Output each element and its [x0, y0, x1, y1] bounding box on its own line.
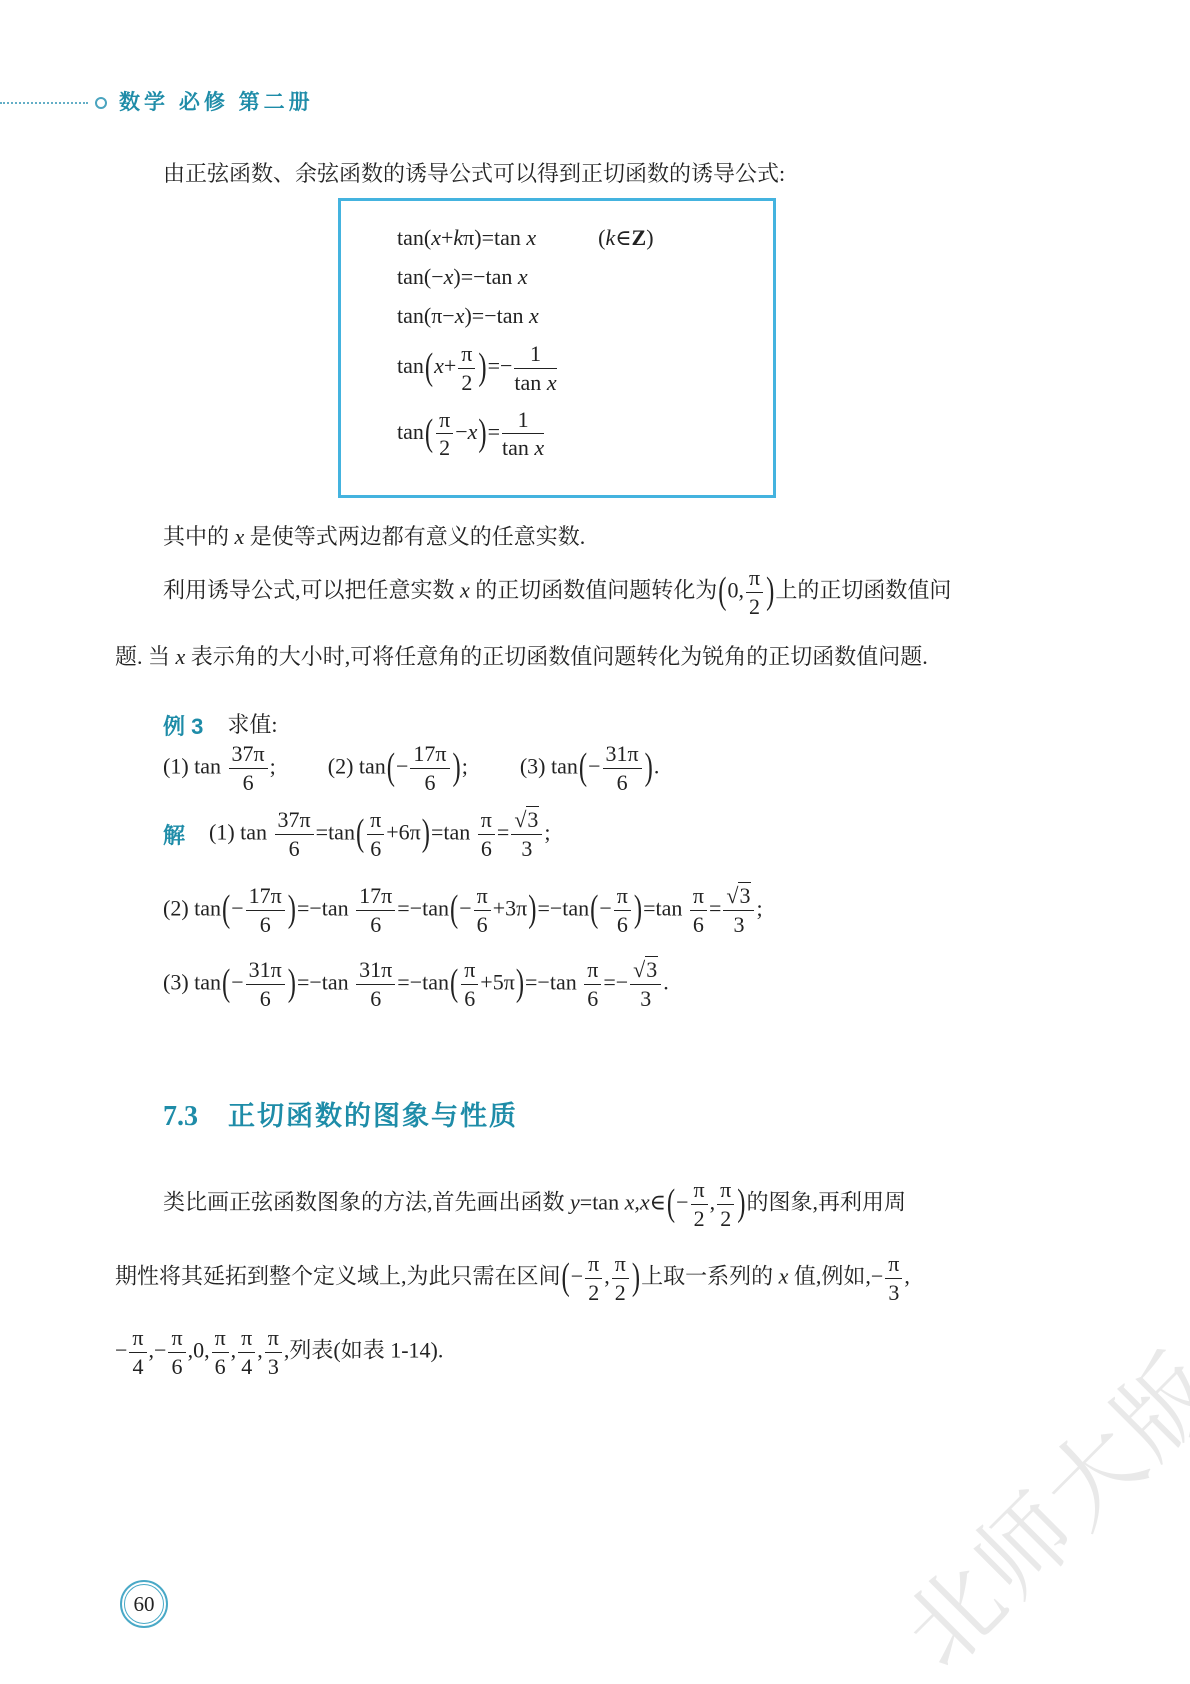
formula-box: tan(x+kπ)=tan x(k∈Z) tan(−x)=−tan x tan(…	[338, 198, 776, 498]
usage-paragraph-line: 题. 当 x 表示角的大小时,可将任意角的正切函数值问题转化为锐角的正切函数值问…	[115, 640, 928, 671]
solution-label: 解	[163, 819, 185, 850]
section-title: 正切函数的图象与性质	[228, 1094, 518, 1133]
example-item: (3) tan(−31π6).	[520, 742, 659, 795]
example-label: 例 3	[163, 710, 203, 741]
closing-paragraph-line: 类比画正弦函数图象的方法,首先画出函数 y=tan x,x∈(−π2,π2)的图…	[163, 1178, 906, 1231]
solution-line: (3) tan(−31π6)=−tan 31π6=−tan(π6+5π)=−ta…	[163, 958, 669, 1011]
example-items: (1) tan 37π6; (2) tan(−17π6); (3) tan(−3…	[163, 742, 659, 795]
formula-condition: (k∈Z)	[598, 225, 653, 250]
publisher-watermark: 北师大版	[868, 1316, 1190, 1684]
example-prompt: 求值:	[227, 708, 277, 742]
formula-math: tan(−x)=−tan x	[397, 264, 528, 289]
header-dotted-rule	[0, 102, 88, 104]
formula-math: tan(π2−x)=1tan x	[397, 419, 546, 444]
formula-math: tan(π−x)=−tan x	[397, 303, 539, 328]
header-title: 数学 必修 第二册	[119, 86, 314, 116]
example-item: (1) tan 37π6;	[163, 742, 276, 795]
solution-math: (1) tan 37π6=tan(π6+6π)=tan π6=√33;	[209, 808, 551, 861]
page-number: 60	[134, 1592, 155, 1617]
formula-line: tan(π−x)=−tan x	[397, 303, 773, 329]
usage-paragraph-line: 利用诱导公式,可以把任意实数 x 的正切函数值问题转化为(0,π2)上的正切函数…	[163, 566, 951, 619]
formula-line: tan(x+kπ)=tan x(k∈Z)	[397, 225, 773, 251]
solution-line: (2) tan(−17π6)=−tan 17π6=−tan(−π6+3π)=−t…	[163, 884, 763, 937]
textbook-page: { "colors":{"accent":"#1e8ca8","box_bord…	[0, 0, 1190, 1684]
scope-paragraph: 其中的 x 是使等式两边都有意义的任意实数.	[163, 520, 585, 554]
formula-line: tan(−x)=−tan x	[397, 264, 773, 290]
example-heading: 例 3 求值:	[163, 708, 277, 742]
section-number: 7.3	[163, 1101, 198, 1133]
formula-line: tan(π2−x)=1tan x	[397, 408, 773, 461]
example-item: (2) tan(−17π6);	[328, 742, 468, 795]
page-number-badge: 60	[120, 1580, 168, 1628]
formula-line: tan(x+π2)=−1tan x	[397, 342, 773, 395]
closing-paragraph-line: 期性将其延拓到整个定义域上,为此只需在区间(−π2,π2)上取一系列的 x 值,…	[115, 1252, 910, 1305]
closing-paragraph-line: −π4,−π6,0,π6,π4,π3,列表(如表 1-14).	[115, 1326, 443, 1379]
section-heading: 7.3 正切函数的图象与性质	[163, 1094, 518, 1133]
header-dot-icon	[95, 97, 107, 109]
solution-line: 解 (1) tan 37π6=tan(π6+6π)=tan π6=√33;	[163, 808, 551, 861]
intro-paragraph: 由正弦函数、余弦函数的诱导公式可以得到正切函数的诱导公式:	[163, 157, 785, 191]
formula-math: tan(x+π2)=−1tan x	[397, 353, 559, 378]
formula-math: tan(x+kπ)=tan x	[397, 225, 536, 250]
